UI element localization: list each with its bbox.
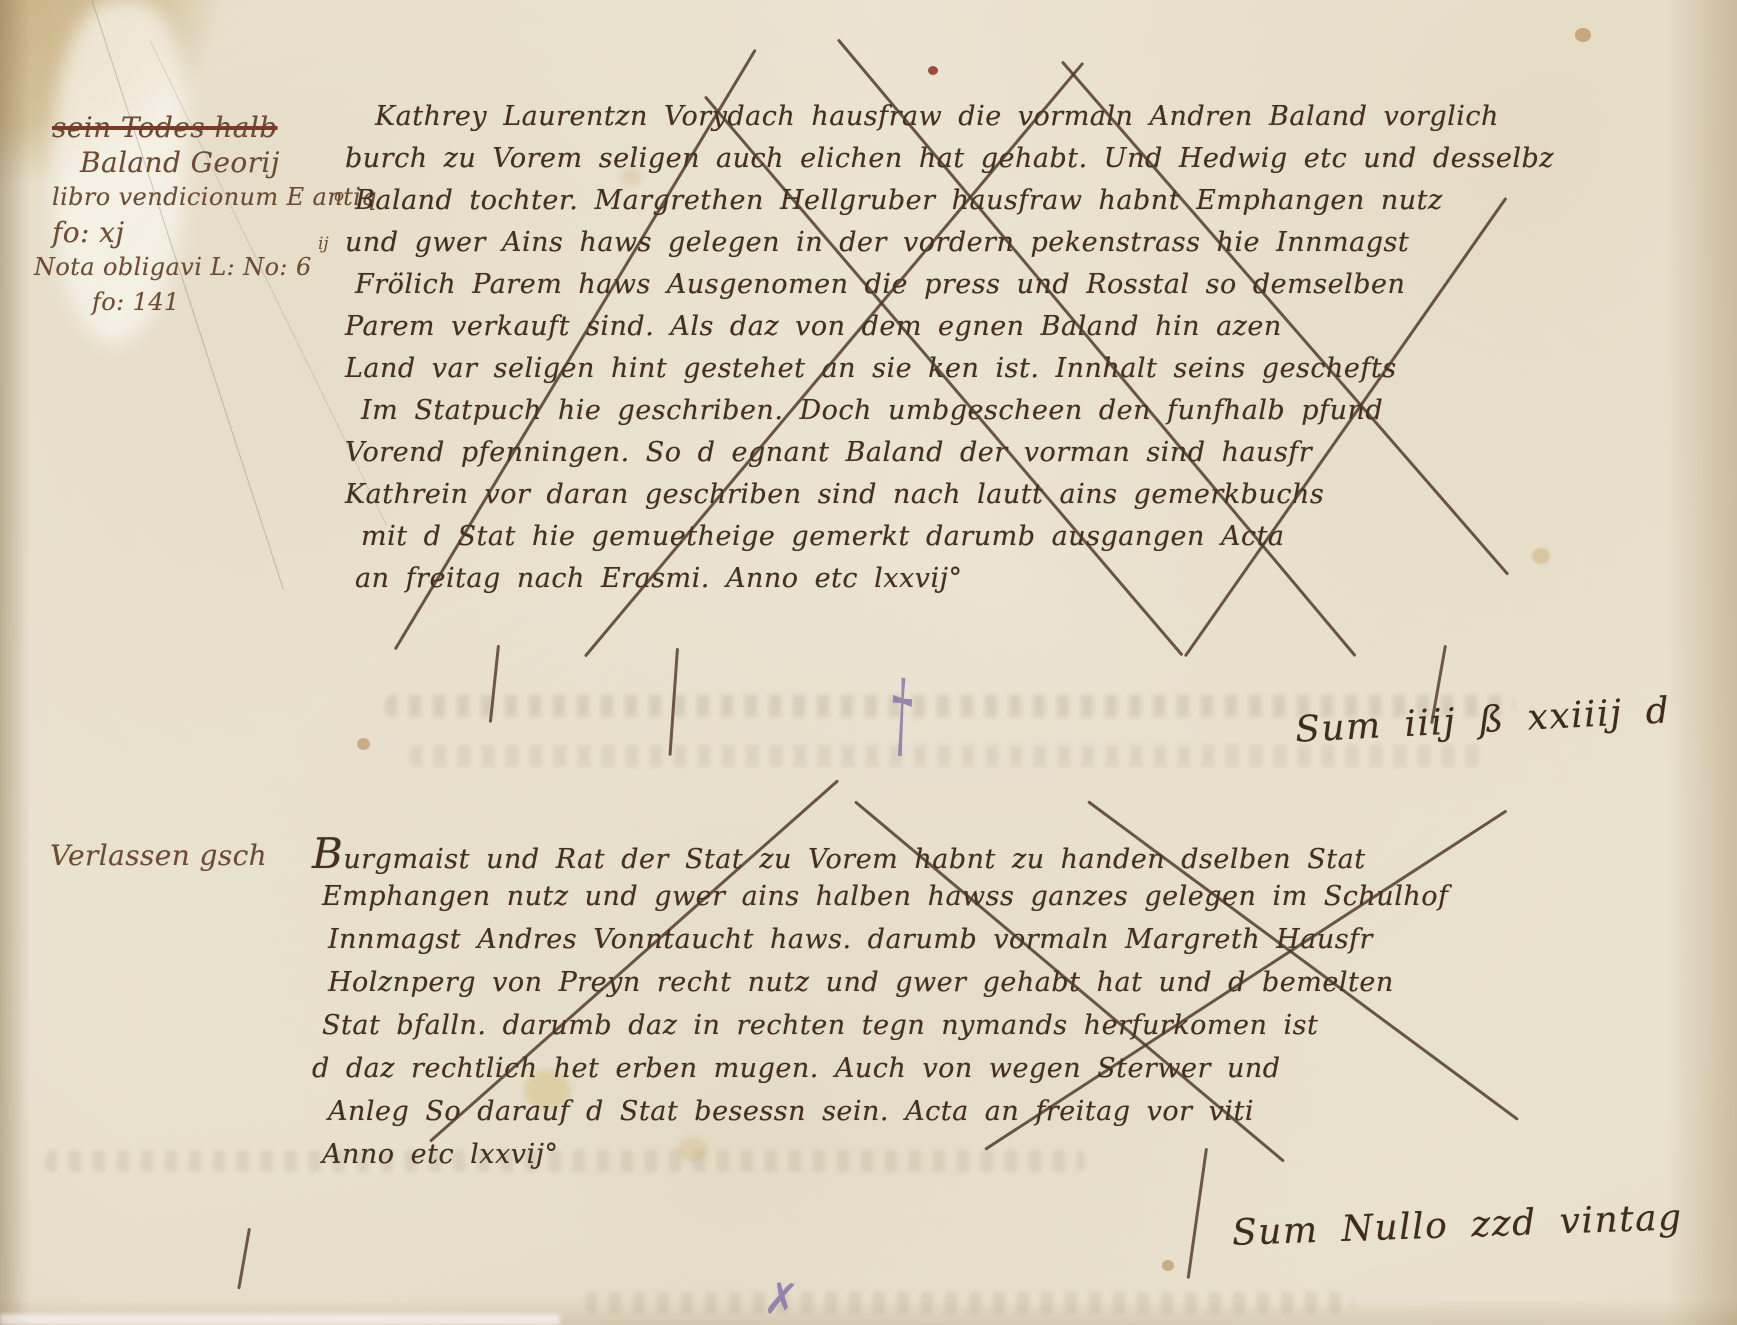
text-line: Parem verkauft sind. Als daz von dem egn… bbox=[345, 306, 1554, 348]
text-line: Vorend pfenningen. So d egnant Baland de… bbox=[345, 432, 1554, 474]
text-line: Anno etc lxxvij° bbox=[322, 1133, 1448, 1176]
sum-annotation-entry2: Sum Nullo zzd vintag bbox=[1231, 1197, 1683, 1254]
page-edge-right bbox=[1667, 0, 1737, 1325]
text-line: Stat bfalln. darumb daz in rechten tegn … bbox=[322, 1004, 1448, 1047]
pen-flourish bbox=[237, 1228, 250, 1289]
ink-dot bbox=[928, 66, 938, 75]
text-line: und gwer Ains haws gelegen in der vorder… bbox=[345, 222, 1554, 264]
entry2-paragraph: Burgmaist und Rat der Stat zu Vorem habn… bbox=[312, 832, 1448, 1176]
margin-note-label: Verlassen gsch bbox=[50, 838, 267, 873]
text-line: Frölich Parem haws Ausgenomen die press … bbox=[355, 264, 1554, 306]
margin-note-obligation: Nota obligavi L: No: 6 bbox=[34, 250, 377, 285]
scan-edge-strip bbox=[0, 1314, 560, 1325]
manuscript-page: sein Todes halb Baland Georij libro vend… bbox=[0, 0, 1737, 1325]
text-line: Kathrey Laurentzn Vorydach hausfraw die … bbox=[375, 96, 1554, 138]
text-line: Anleg So darauf d Stat besessn sein. Act… bbox=[328, 1090, 1448, 1133]
margin-note-line: libro vendicionum E antiq bbox=[52, 180, 377, 215]
text-line: an freitag nach Erasmi. Anno etc lxxvij° bbox=[355, 558, 1554, 600]
stain-spot bbox=[1575, 28, 1591, 42]
page-edge-left bbox=[0, 0, 30, 1325]
text-line: Holznperg von Preyn recht nutz und gwer … bbox=[328, 961, 1448, 1004]
margin-note-entry2: Verlassen gsch bbox=[50, 838, 267, 873]
margin-note-entry1: sein Todes halb Baland Georij libro vend… bbox=[52, 110, 377, 320]
margin-note-line-struck: sein Todes halb bbox=[52, 110, 377, 145]
text-line: d daz rechtlich het erben mugen. Auch vo… bbox=[312, 1047, 1448, 1090]
margin-note-line: Baland Georij bbox=[80, 145, 377, 180]
text-line: mit d Stat hie gemuetheige gemerkt darum… bbox=[361, 516, 1554, 558]
text-line: Emphangen nutz und gwer ains halben haws… bbox=[322, 875, 1448, 918]
insertion-mark: o bbox=[334, 186, 344, 206]
margin-note-folio-ref: fo: 141 bbox=[92, 285, 377, 320]
pencil-x-mark: ✗ bbox=[762, 1270, 801, 1325]
text-line: Kathrein vor daran geschriben sind nach … bbox=[345, 474, 1554, 516]
bleed-through-band bbox=[585, 1292, 1355, 1314]
stain-spot bbox=[1162, 1260, 1174, 1271]
text-line: Burgmaist und Rat der Stat zu Vorem habn… bbox=[312, 832, 1448, 875]
insertion-mark: ij bbox=[318, 234, 329, 254]
stain-spot bbox=[357, 738, 370, 750]
